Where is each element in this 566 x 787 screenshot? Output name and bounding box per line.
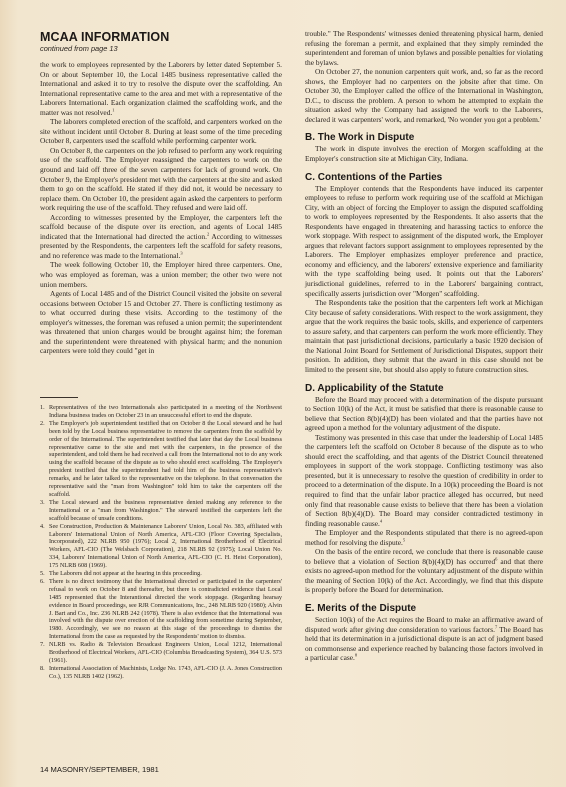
footnote: 3.The Local steward and the business rep… [40,499,282,523]
continued-note: continued from page 13 [40,44,118,53]
footnote: 7.NLRB vs. Radio & Television Broadcast … [40,641,282,665]
section-heading-merits: E. Merits of the Dispute [305,603,543,615]
footnote: 1.Representatives of the two Internation… [40,404,282,420]
footnote: 6.There is no direct testimony that the … [40,578,282,641]
footnote-ref: 1 [112,107,114,112]
footnote-ref: 8 [355,653,357,658]
body-paragraph: Agents of Local 1485 and of the District… [40,289,282,356]
body-paragraph: Before the Board may proceed with a dete… [305,395,543,433]
body-paragraph: The Employer and the Respondents stipula… [305,528,543,547]
section-heading-work-in-dispute: B. The Work in Dispute [305,132,543,144]
footnote: 2.The Employer's job superintendent test… [40,420,282,499]
footnote: 4.See Construction, Production & Mainten… [40,523,282,570]
footnote-divider [40,397,78,398]
section-heading-contentions: C. Contentions of the Parties [305,172,543,184]
body-paragraph: Section 10(k) of the Act requires the Bo… [305,615,543,663]
footnote: 5.The Laborers did not appear at the hea… [40,570,282,578]
body-paragraph: On October 8, the carpenters on the job … [40,146,282,213]
body-paragraph: On the basis of the entire record, we co… [305,547,543,595]
body-paragraph: Testimony was presented in this case tha… [305,433,543,528]
body-paragraph: the work to employees represented by the… [40,60,282,117]
body-paragraph: On October 27, the nonunion carpenters q… [305,67,543,124]
magazine-page: MCAA INFORMATION continued from page 13 … [0,0,566,787]
body-paragraph: The laborers completed erection of the s… [40,117,282,146]
footnote-ref: 3 [180,250,182,255]
page-title: MCAA INFORMATION [40,30,169,44]
body-paragraph: The Employer contends that the Responden… [305,184,543,299]
footnote-ref: 5 [403,537,405,542]
footnotes-list: 1.Representatives of the two Internation… [40,404,282,681]
body-paragraph: The Respondents take the position that t… [305,298,543,374]
page-footer: 14 MASONRY/SEPTEMBER, 1981 [40,765,159,774]
body-paragraph: trouble." The Respondents' witnesses den… [305,29,543,67]
body-paragraph: The work in dispute involves the erectio… [305,144,543,163]
right-column: trouble." The Respondents' witnesses den… [305,29,543,663]
footnote: 8.International Association of Machinist… [40,665,282,681]
section-heading-applicability: D. Applicability of the Statute [305,383,543,395]
footnote-ref: 4 [380,518,382,523]
left-column: the work to employees represented by the… [40,60,282,356]
body-paragraph: According to witnesses presented by the … [40,213,282,261]
body-paragraph: The week following October 10, the Emplo… [40,260,282,289]
